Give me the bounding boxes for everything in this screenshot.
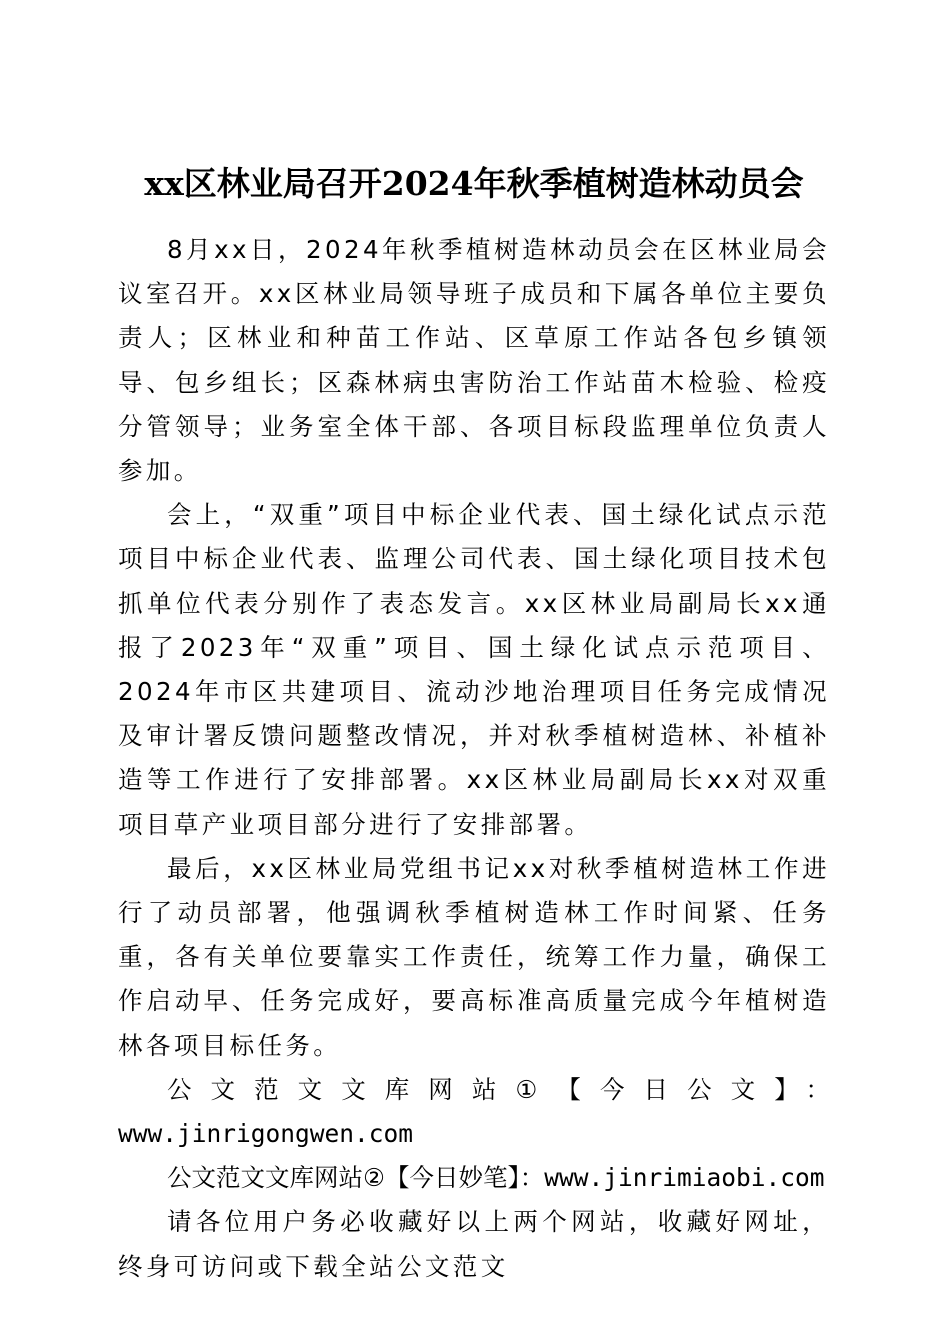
site2-line: 公文范文文库网站②【今日妙笔】：www.jinrimiaobi.com	[118, 1156, 830, 1200]
paragraph-closing-remarks: 最后，xx区林业局党组书记xx对秋季植树造林工作进行了动员部署，他强调秋季植树造…	[118, 847, 830, 1068]
document-body: 8月xx日，2024年秋季植树造林动员会在区林业局会议室召开。xx区林业局领导班…	[118, 228, 830, 1289]
site1-label: 公文范文文库网站①【今日公文】：	[118, 1068, 830, 1112]
bookmark-notice: 请各位用户务必收藏好以上两个网站，收藏好网址，终身可访问或下载全站公文范文	[118, 1200, 830, 1288]
document-title: xx区林业局召开2024年秋季植树造林动员会	[118, 162, 830, 206]
site2-url-link[interactable]: www.jinrimiaobi.com	[544, 1163, 824, 1192]
site2-label: 公文范文文库网站②【今日妙笔】：	[167, 1163, 544, 1192]
paragraph-attendance: 8月xx日，2024年秋季植树造林动员会在区林业局会议室召开。xx区林业局领导班…	[118, 228, 830, 493]
paragraph-meeting-speeches: 会上，“双重”项目中标企业代表、国土绿化试点示范项目中标企业代表、监理公司代表、…	[118, 493, 830, 847]
site1-url-link[interactable]: www.jinrigongwen.com	[118, 1112, 830, 1156]
